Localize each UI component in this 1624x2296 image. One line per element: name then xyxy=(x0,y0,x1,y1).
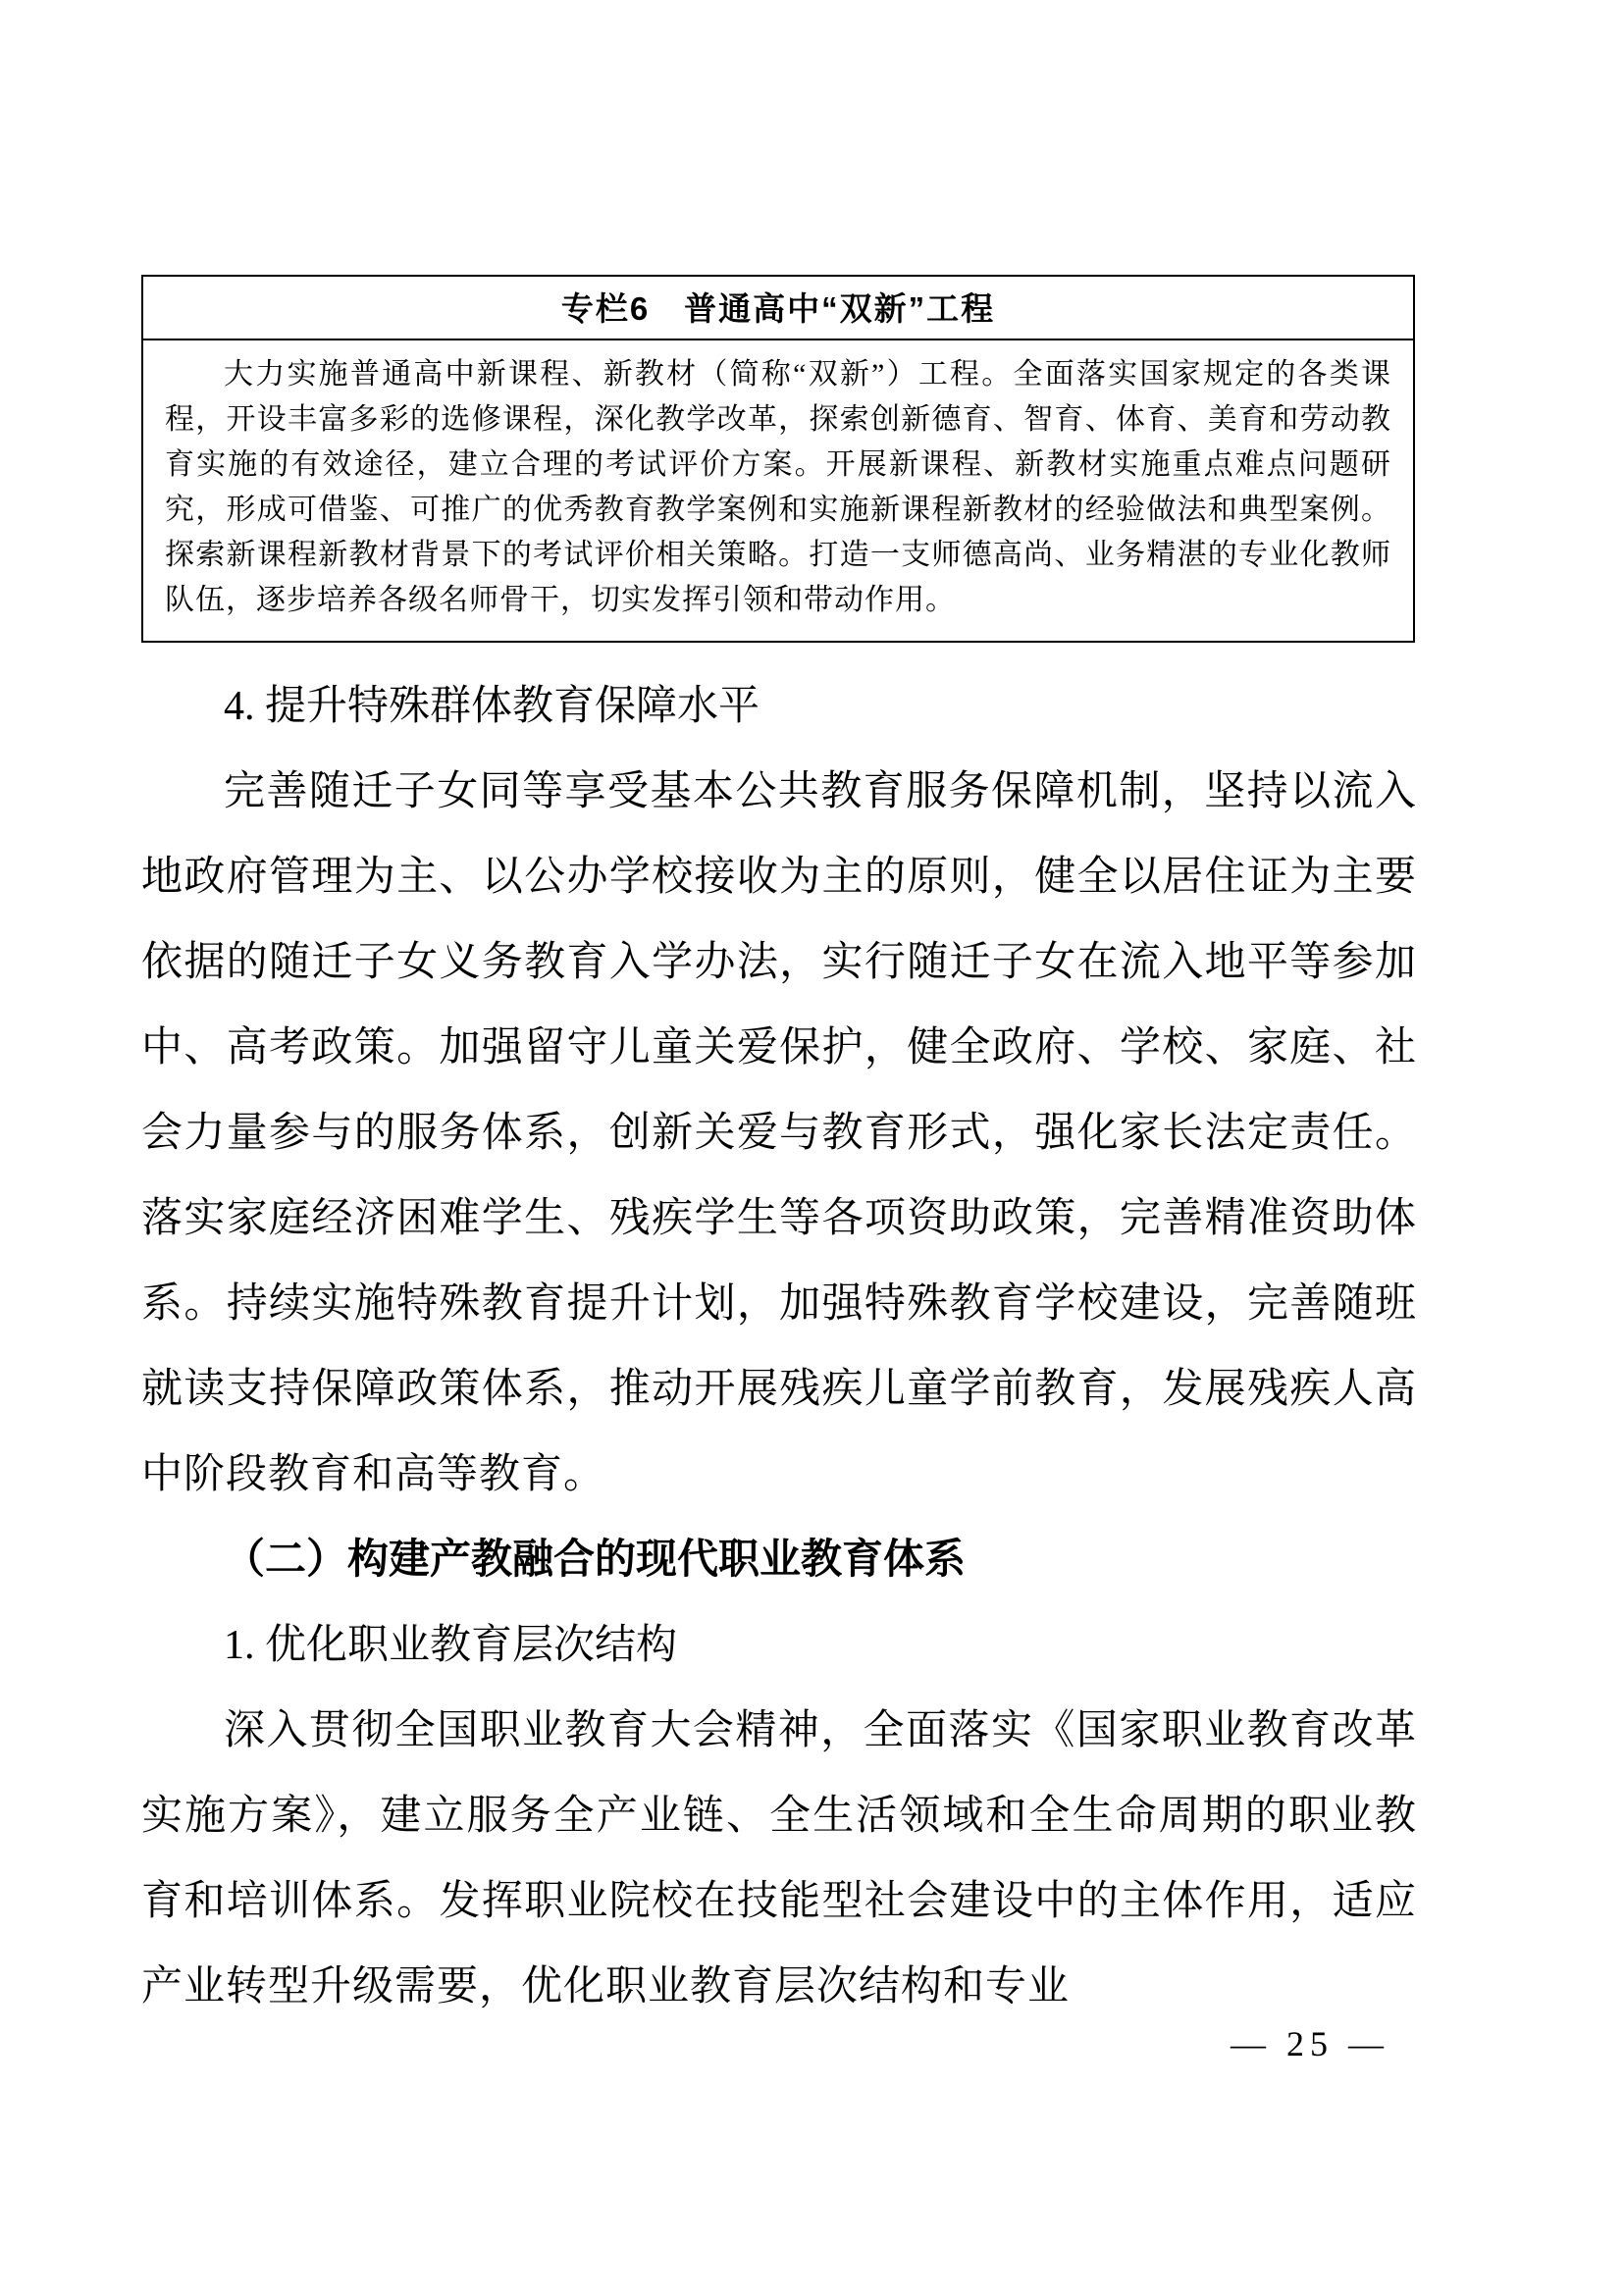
paragraph-vocational: 深入贯彻全国职业教育大会精神，全面落实《国家职业教育改革实施方案》，建立服务全产… xyxy=(141,1689,1417,2030)
column-box-title: 专栏6 普通高中“双新”工程 xyxy=(143,277,1413,339)
paragraph-special-groups: 完善随迁子女同等享受基本公共教育服务保障机制，坚持以流入地政府管理为主、以公办学… xyxy=(141,750,1417,1518)
heading-special-groups: 4. 提升特殊群体教育保障水平 xyxy=(141,664,1417,750)
heading-optimize-vocational: 1. 优化职业教育层次结构 xyxy=(141,1603,1417,1689)
column-box-6: 专栏6 普通高中“双新”工程 大力实施普通高中新课程、新教材（简称“双新”）工程… xyxy=(141,275,1415,643)
column-box-body: 大力实施普通高中新课程、新教材（简称“双新”）工程。全面落实国家规定的各类课程，… xyxy=(143,340,1413,641)
heading-part-two: （二）构建产教融合的现代职业教育体系 xyxy=(141,1518,1417,1603)
page-number: — 25 — xyxy=(1207,2023,1413,2064)
document-page: 专栏6 普通高中“双新”工程 大力实施普通高中新课程、新教材（简称“双新”）工程… xyxy=(141,275,1417,2030)
